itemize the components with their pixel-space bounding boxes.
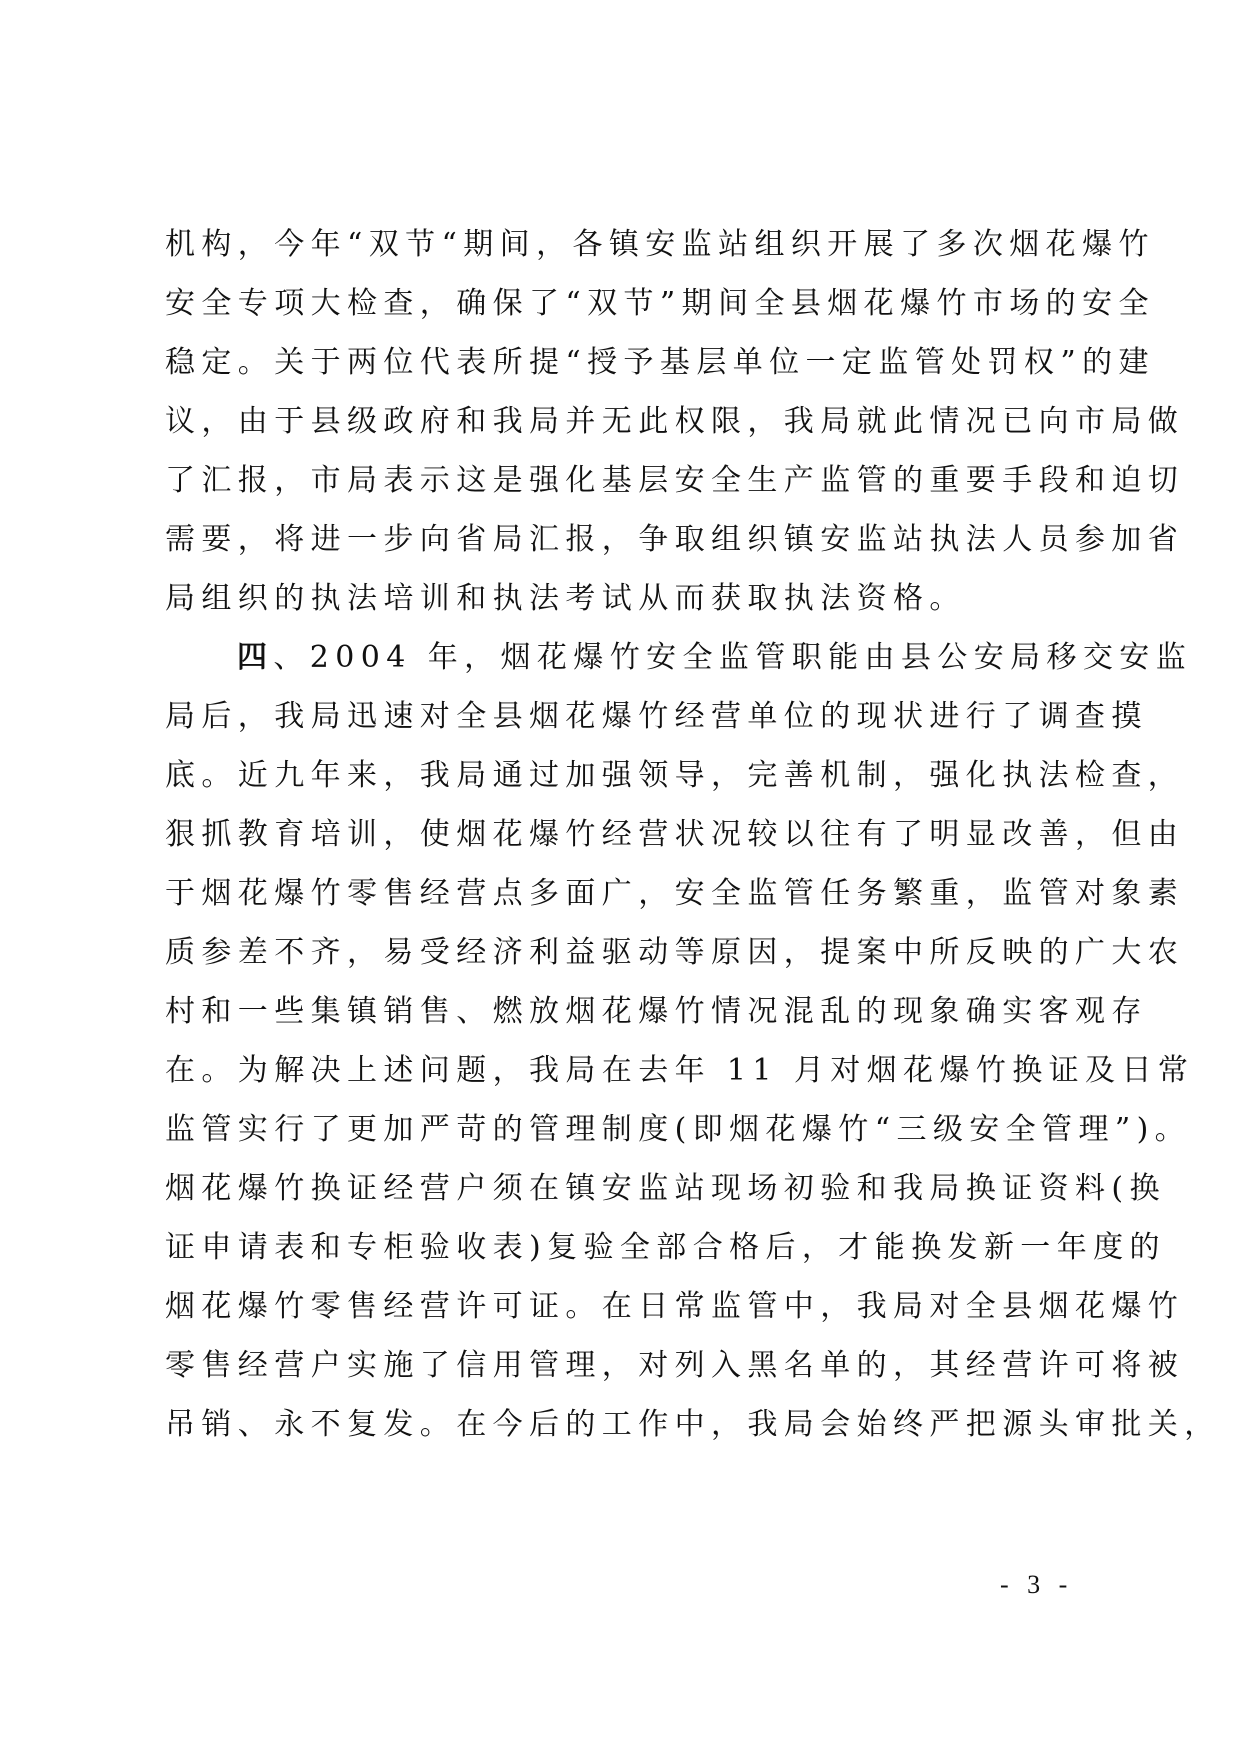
paragraph-section-four: 四、2004 年，烟花爆竹安全监管职能由县公安局移交安监 局后，我局迅速对全县烟…: [165, 635, 1085, 1461]
paragraph-1: 机构，今年“双节“期间，各镇安监站组织开展了多次烟花爆竹 安全专项大检查，确保了…: [165, 222, 1085, 635]
text-line: 零售经营户实施了信用管理，对列入黑名单的，其经营许可将被: [165, 1343, 1085, 1402]
document-page: 机构，今年“双节“期间，各镇安监站组织开展了多次烟花爆竹 安全专项大检查，确保了…: [0, 0, 1240, 1755]
text-line: 烟花爆竹零售经营许可证。在日常监管中，我局对全县烟花爆竹: [165, 1284, 1085, 1343]
text-line: 吊销、永不复发。在今后的工作中，我局会始终严把源头审批关，: [165, 1402, 1085, 1461]
text-line: 于烟花爆竹零售经营点多面广，安全监管任务繁重，监管对象素: [165, 871, 1085, 930]
text-line: 议，由于县级政府和我局并无此权限，我局就此情况已向市局做: [165, 399, 1085, 458]
text-line: 安全专项大检查，确保了“双节”期间全县烟花爆竹市场的安全: [165, 281, 1085, 340]
text-line: 烟花爆竹换证经营户须在镇安监站现场初验和我局换证资料(换: [165, 1166, 1085, 1225]
body-text: 机构，今年“双节“期间，各镇安监站组织开展了多次烟花爆竹 安全专项大检查，确保了…: [165, 222, 1085, 1461]
page-number: - 3 -: [1000, 1570, 1073, 1600]
text-line: 监管实行了更加严苛的管理制度(即烟花爆竹“三级安全管理”)。: [165, 1107, 1085, 1166]
text-line: 机构，今年“双节“期间，各镇安监站组织开展了多次烟花爆竹: [165, 222, 1085, 281]
text-line: 质参差不齐，易受经济利益驱动等原因，提案中所反映的广大农: [165, 930, 1085, 989]
text-line: 底。近九年来，我局通过加强领导，完善机制，强化执法检查，: [165, 753, 1085, 812]
text-line: 证申请表和专柜验收表)复验全部合格后，才能换发新一年度的: [165, 1225, 1085, 1284]
section-number: 四: [237, 640, 273, 675]
text-line: 了汇报，市局表示这是强化基层安全生产监管的重要手段和迫切: [165, 458, 1085, 517]
text-line: 狠抓教育培训，使烟花爆竹经营状况较以往有了明显改善，但由: [165, 812, 1085, 871]
text-line: 局组织的执法培训和执法考试从而获取执法资格。: [165, 576, 1085, 635]
section-heading-line: 四、2004 年，烟花爆竹安全监管职能由县公安局移交安监: [165, 635, 1085, 694]
text-line: 局后，我局迅速对全县烟花爆竹经营单位的现状进行了调查摸: [165, 694, 1085, 753]
text-line: 稳定。关于两位代表所提“授予基层单位一定监管处罚权”的建: [165, 340, 1085, 399]
section-heading-text: 、2004 年，烟花爆竹安全监管职能由县公安局移交安监: [273, 640, 1192, 675]
text-line: 在。为解决上述问题，我局在去年 11 月对烟花爆竹换证及日常: [165, 1048, 1085, 1107]
text-line: 需要，将进一步向省局汇报，争取组织镇安监站执法人员参加省: [165, 517, 1085, 576]
text-line: 村和一些集镇销售、燃放烟花爆竹情况混乱的现象确实客观存: [165, 989, 1085, 1048]
